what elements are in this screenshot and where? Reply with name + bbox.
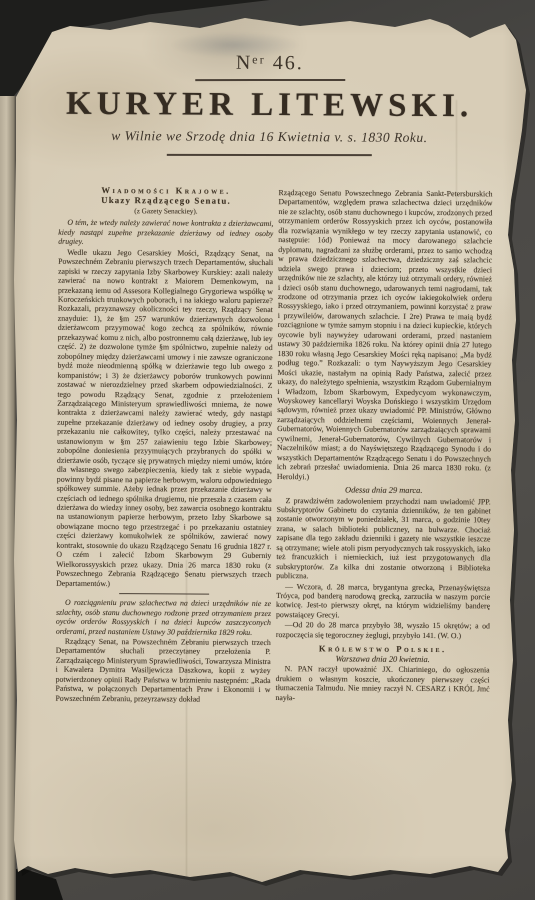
article-heading-senate-ukases: Ukazy Rządzącego Senatu. [58, 196, 273, 207]
article-body: Wedle ukazu Jego Cesarskiey Mości, Rządz… [56, 247, 273, 589]
adjacent-page-edge [0, 96, 16, 900]
body-paragraph: Z prawdziwém zadowoleniem przychodzi nam… [276, 496, 491, 582]
issue-number: Nᵉʳ 46. [42, 51, 497, 77]
left-column: Wiadomości Krajowe. Ukazy Rządzącego Sen… [55, 186, 274, 779]
second-article-lead-italic: O rozciągnieniu praw szlachectwa na dzie… [56, 598, 271, 637]
page-content: Nᵉʳ 46. KURYER LITEWSKI. w Wilnie we Srz… [0, 0, 535, 900]
lead-paragraph: O rozciągnieniu praw szlachectwa na dzie… [56, 598, 271, 637]
body-paragraph: Rządzący Senat, na Powszechném Zebraniu … [55, 637, 270, 704]
body-paragraph: —Od 20 do 28 marca przybyło 38, wyszło 1… [276, 620, 490, 640]
newspaper-title: KURYER LITEWSKI. [42, 86, 497, 126]
odessa-news-item: — Wczora, d. 28 marca, brygantyna grecka… [276, 582, 490, 621]
odessa-news-item: Z prawdziwém zadowoleniem przychodzi nam… [276, 496, 491, 582]
body-paragraph: Rządzącego Senatu Powszechnego Zebrania … [277, 188, 493, 482]
odessa-dateline-heading: Odessa dnia 29 marca. [277, 485, 491, 496]
second-article-body: Rządzący Senat, na Powszechném Zebraniu … [55, 637, 270, 704]
masthead-rule [167, 154, 372, 156]
right-column: Rządzącego Senatu Powszechnego Zebrania … [275, 187, 493, 780]
warsaw-news-item: N. PAN raczył upoważnić JX. Chiariniego,… [275, 664, 489, 703]
odessa-news-item: —Od 20 do 28 marca przybyło 38, wyszło 1… [276, 620, 490, 640]
article-divider-rule [119, 593, 209, 595]
issue-number-rule [195, 79, 345, 81]
body-paragraph: N. PAN raczył upoważnić JX. Chiariniego,… [275, 664, 489, 703]
senate-article-continuation: Rządzącego Senatu Powszechnego Zebrania … [277, 188, 493, 482]
masthead: Nᵉʳ 46. KURYER LITEWSKI. w Wilnie we Srz… [42, 51, 498, 157]
article-lead-italic: O tém, że wtedy należy zawierać nowe kon… [58, 218, 273, 248]
lead-paragraph: O tém, że wtedy należy zawierać nowe kon… [58, 218, 273, 248]
masthead-dateline: w Wilnie we Srzodę dnia 16 Kwietnia v. s… [42, 128, 497, 147]
warsaw-dateline-heading: Warszawa dnia 20 kwietnia. [276, 654, 490, 665]
newspaper-page: Nᵉʳ 46. KURYER LITEWSKI. w Wilnie we Srz… [0, 0, 535, 900]
source-attribution: (z Gazety Senackiey). [58, 207, 273, 218]
body-paragraph: — Wczora, d. 28 marca, brygantyna grecka… [276, 582, 490, 621]
body-paragraph: Wedle ukazu Jego Cesarskiey Mości, Rządz… [56, 247, 273, 589]
